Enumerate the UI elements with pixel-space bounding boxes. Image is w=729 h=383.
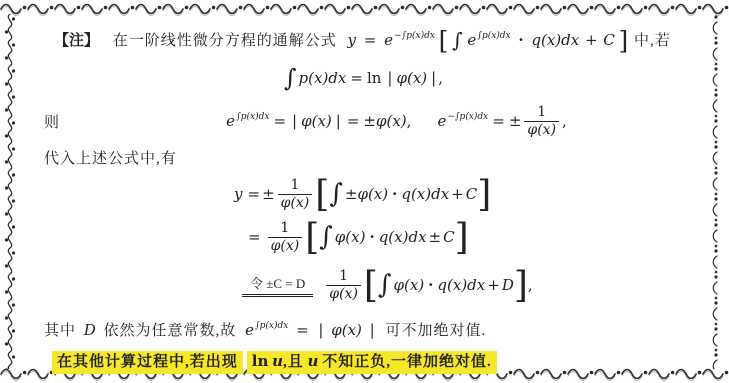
- math-operator-cdot: ·: [392, 185, 397, 203]
- math-exponent: ∫p(x)dx: [477, 31, 510, 41]
- math-operator-eq: =: [350, 69, 363, 87]
- formula-integral-p: ∫ p(x)dx = ln | φ(x) | ,: [24, 63, 703, 93]
- fraction-one-over-phi: 1 φ(x): [278, 177, 313, 211]
- math-token-u: u: [308, 352, 319, 370]
- math-operator-plus: +: [585, 31, 598, 49]
- math-token-y: y: [234, 185, 242, 203]
- math-token-pdx: p(x)dx: [299, 69, 347, 87]
- where-paragraph: 其中 D 依然为任意常数,故 e∫p(x)dx = | φ(x) | 可不加绝对…: [24, 317, 703, 343]
- integral-icon: ∫: [319, 222, 333, 252]
- math-operator-eq: =: [273, 112, 286, 130]
- math-right-bracket: ]: [514, 265, 528, 306]
- math-operator-pm: ±: [262, 185, 275, 203]
- intro-text: 在一阶线性微分方程的通解公式: [113, 33, 337, 49]
- fraction-denominator: φ(x): [278, 194, 313, 211]
- math-token-e: e: [245, 321, 254, 339]
- math-operator-pm: ±: [429, 228, 442, 246]
- math-token-u: u: [272, 352, 283, 370]
- math-token-D: D: [502, 276, 514, 294]
- math-token-y: y: [348, 31, 356, 49]
- math-token-C: C: [603, 31, 614, 49]
- formula-let-d: 令 ±C = D 1 φ(x) [ ∫ φ(x) · q(x)dx + D ] …: [242, 262, 703, 308]
- math-operator-eq: =: [492, 112, 505, 130]
- hl-text-3: 不知正负,一律加绝对值.: [322, 354, 492, 370]
- math-exp-pos: e∫p(x)dx: [226, 112, 269, 131]
- math-token-phi: φ(x): [301, 112, 332, 130]
- math-operator-plus: +: [487, 276, 500, 294]
- math-operator-eq: =: [296, 321, 309, 339]
- fraction-numerator: 1: [278, 220, 291, 237]
- formula-exp-identities: e∫p(x)dx = | φ(x) | = ± φ(x) , e−∫p(x)dx…: [60, 104, 703, 138]
- math-token-phi: φ(x): [396, 69, 427, 87]
- math-token-C: C: [466, 185, 477, 203]
- fraction-numerator: 1: [535, 104, 548, 121]
- decorative-border-left: [3, 14, 17, 369]
- math-token-phi: φ(x): [335, 228, 366, 246]
- then-row: 则 e∫p(x)dx = | φ(x) | = ± φ(x) , e−∫p(x)…: [24, 101, 703, 141]
- math-exp-pos: e∫p(x)dx: [467, 24, 510, 59]
- math-left-bracket: [: [315, 174, 329, 215]
- integral-icon: ∫: [452, 28, 462, 52]
- note-content: 【注】 在一阶线性微分方程的通解公式 y = e−∫p(x)dx [ ∫ e∫p…: [24, 14, 703, 375]
- math-left-bracket: [: [305, 217, 319, 258]
- math-exponent: −∫p(x)dx: [447, 112, 488, 122]
- math-token-phi: φ(x): [331, 321, 362, 339]
- math-token-phi: φ(x): [394, 276, 425, 294]
- formula-y-simplified: = 1 φ(x) [ ∫ φ(x) · q(x)dx ± C ]: [248, 218, 703, 256]
- hl-text-1: 在其他计算过程中,若出现: [57, 354, 238, 370]
- math-exp-neg: e−∫p(x)dx: [437, 112, 488, 131]
- math-token-qdx: q(x)dx: [401, 185, 449, 203]
- fraction-denominator: φ(x): [268, 237, 303, 254]
- math-token-e: e: [437, 112, 446, 130]
- math-left-bracket: [: [364, 265, 378, 306]
- integral-icon: ∫: [378, 270, 392, 300]
- math-token-e: e: [226, 112, 235, 130]
- math-operator-eq: =: [347, 112, 360, 130]
- math-exponent: −∫p(x)dx: [394, 31, 435, 41]
- fraction-one-over-phi: 1 φ(x): [268, 220, 303, 254]
- fraction-denominator: φ(x): [326, 285, 361, 302]
- math-operator-eq: =: [364, 31, 377, 49]
- math-bar: |: [370, 321, 375, 339]
- fraction-one-over-phi: 1 φ(x): [326, 268, 361, 302]
- math-bar: |: [318, 321, 323, 339]
- math-left-bracket: [: [439, 26, 449, 55]
- note-intro-paragraph: 【注】 在一阶线性微分方程的通解公式 y = e−∫p(x)dx [ ∫ e∫p…: [24, 24, 703, 56]
- math-bar: |: [387, 69, 392, 87]
- math-exp-pos: e∫p(x)dx: [245, 317, 288, 346]
- math-exp-neg: e−∫p(x)dx: [384, 24, 435, 59]
- scanned-note-page: 【注】 在一阶线性微分方程的通解公式 y = e−∫p(x)dx [ ∫ e∫p…: [0, 0, 729, 383]
- math-right-bracket: ]: [477, 174, 491, 215]
- math-bar: |: [431, 69, 436, 87]
- math-right-bracket: ]: [619, 26, 629, 55]
- math-token-ln: ln: [367, 69, 381, 87]
- math-operator-cdot: ·: [369, 228, 374, 246]
- math-operator-pm: ±: [345, 185, 358, 203]
- math-bar: |: [336, 112, 341, 130]
- math-token-ln: ln: [252, 352, 269, 370]
- math-comma: ,: [528, 276, 533, 294]
- math-comma: ,: [407, 112, 412, 130]
- note-label: 【注】: [54, 33, 99, 49]
- math-token-e: e: [384, 31, 393, 49]
- fraction-numerator: 1: [288, 177, 301, 194]
- fraction-denominator: φ(x): [524, 121, 559, 138]
- math-right-bracket: ]: [455, 217, 469, 258]
- math-exponent: ∫p(x)dx: [255, 321, 288, 331]
- formula-y-substituted: y = ± 1 φ(x) [ ∫ ± φ(x) · q(x)dx + C ]: [234, 175, 703, 213]
- integral-icon: ∫: [329, 179, 343, 209]
- math-operator-eq: =: [248, 228, 261, 246]
- math-token-e: e: [467, 31, 476, 49]
- then-label: 则: [24, 111, 60, 132]
- where-pre-text: 其中: [44, 323, 76, 339]
- math-token-phi: φ(x): [376, 112, 407, 130]
- math-token-qdx: q(x)dx: [531, 31, 579, 49]
- math-operator-cdot: ·: [428, 276, 433, 294]
- highlight-segment-2: ln u,且 u 不知正负,一律加绝对值.: [247, 351, 497, 374]
- where-mid-text: 依然为任意常数,故: [104, 323, 237, 339]
- math-token-phi: φ(x): [357, 185, 388, 203]
- math-operator-eq: =: [247, 185, 260, 203]
- math-operator-pm: ±: [509, 112, 522, 130]
- fraction-numerator: 1: [337, 268, 350, 285]
- math-comma: ,: [438, 69, 443, 87]
- hl-text-2: ,且: [283, 354, 304, 370]
- math-operator-cdot: ·: [518, 31, 523, 49]
- math-token-qdx: q(x)dx: [379, 228, 427, 246]
- math-comma: ,: [562, 112, 567, 130]
- math-operator-pm: ±: [363, 112, 376, 130]
- decorative-border-right: [709, 14, 723, 369]
- where-post-text: 可不加绝对值.: [385, 323, 486, 339]
- math-token-C: C: [443, 228, 454, 246]
- integral-icon: ∫: [284, 64, 297, 92]
- substitute-paragraph: 代入上述公式中,有: [24, 148, 703, 170]
- math-exponent: ∫p(x)dx: [236, 112, 269, 122]
- math-operator-plus: +: [451, 185, 464, 203]
- fraction-one-over-phi: 1 φ(x): [524, 104, 559, 138]
- after-formula-text: 中,若: [634, 33, 671, 49]
- let-annotation: 令 ±C = D: [242, 273, 313, 297]
- math-token-qdx: q(x)dx: [437, 276, 485, 294]
- highlight-conclusion: 在其他计算过程中,若出现ln u,且 u 不知正负,一律加绝对值.: [24, 348, 703, 374]
- math-token-D: D: [84, 321, 96, 339]
- highlight-segment-1: 在其他计算过程中,若出现: [52, 351, 243, 374]
- math-bar: |: [292, 112, 297, 130]
